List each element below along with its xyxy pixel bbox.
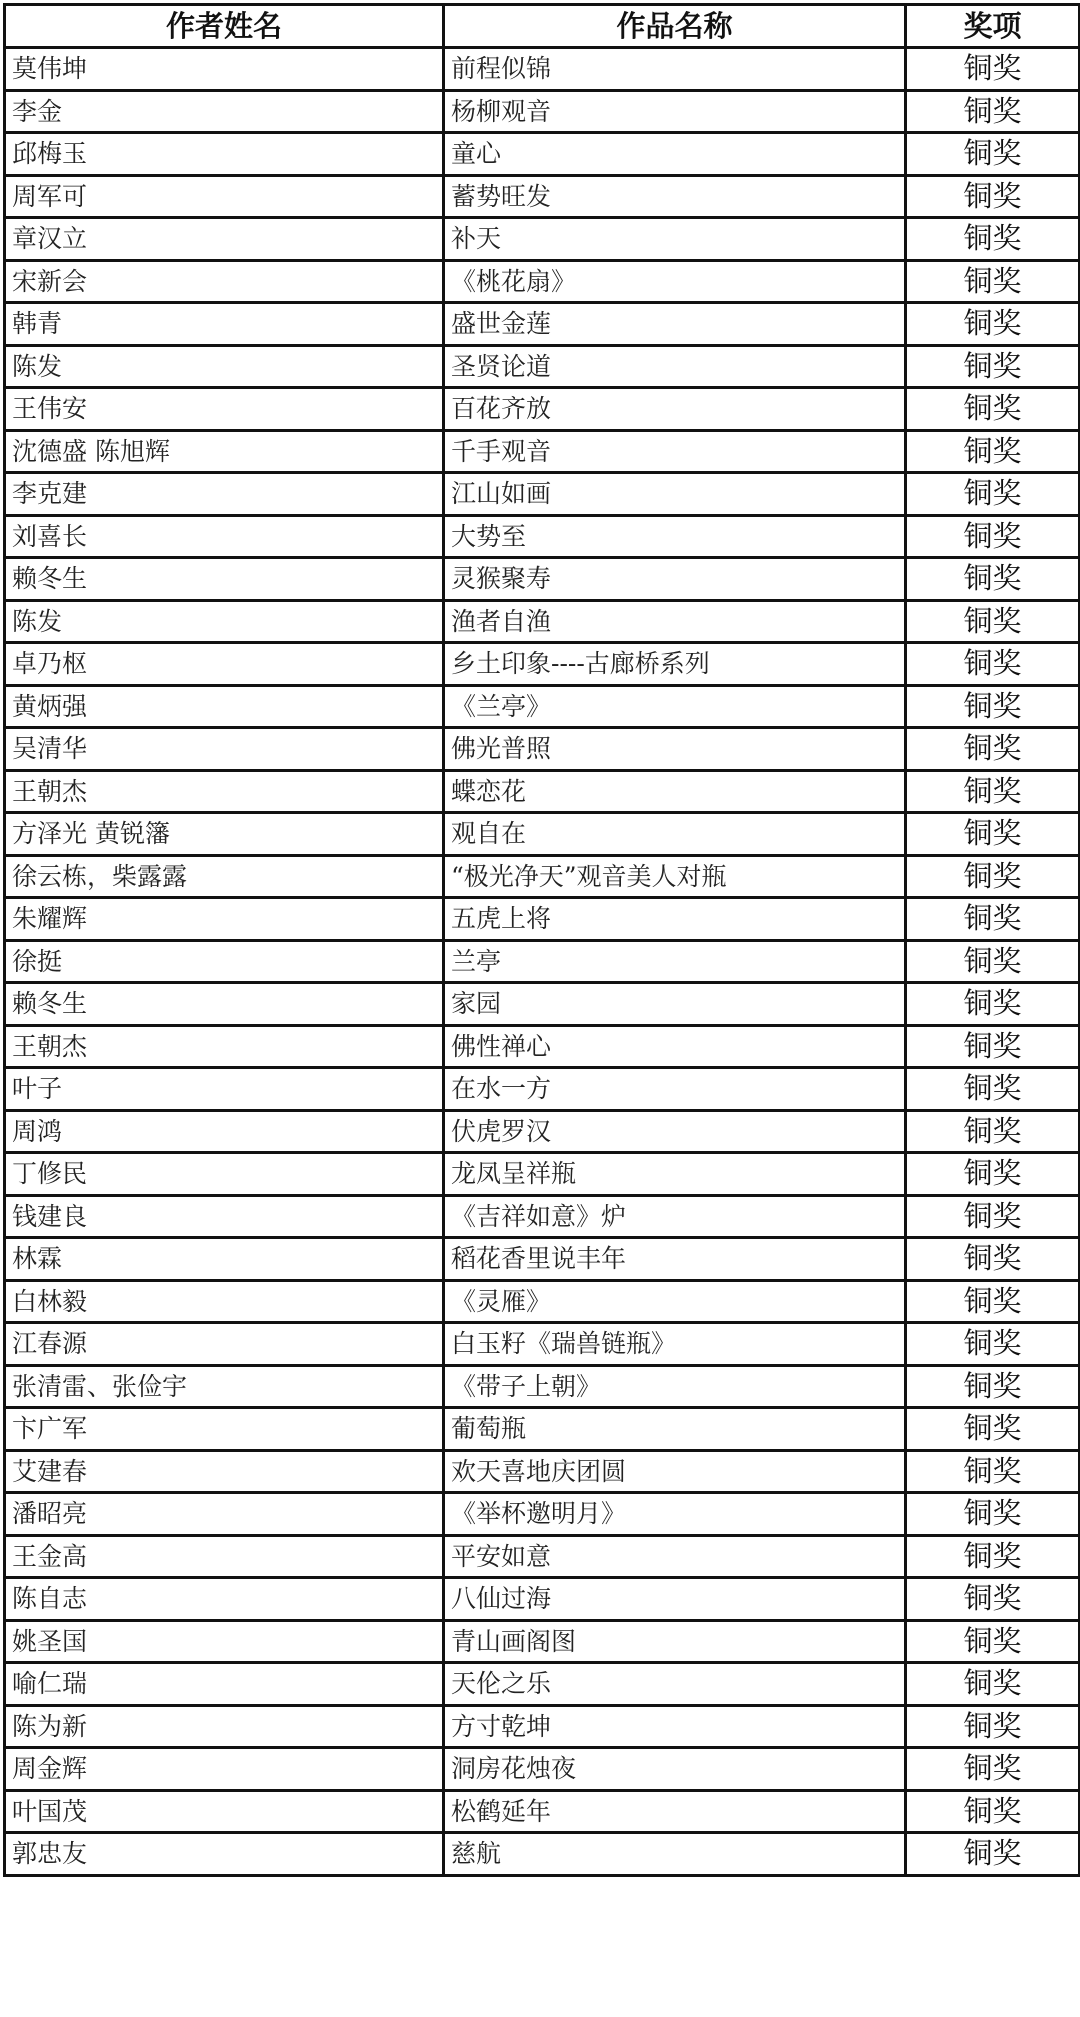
- award-cell: 铜奖: [906, 1748, 1080, 1791]
- award-cell: 铜奖: [906, 983, 1080, 1026]
- work-title-cell: 佛光普照: [444, 728, 906, 771]
- table-row: 白林毅《灵雁》铜奖: [5, 1280, 1080, 1323]
- table-row: 徐挺兰亭铜奖: [5, 940, 1080, 983]
- work-title-cell: 龙凤呈祥瓶: [444, 1153, 906, 1196]
- award-cell: 铜奖: [906, 303, 1080, 346]
- award-cell: 铜奖: [906, 175, 1080, 218]
- award-cell: 铜奖: [906, 1620, 1080, 1663]
- award-cell: 铜奖: [906, 1323, 1080, 1366]
- work-title-cell: 前程似锦: [444, 48, 906, 91]
- author-cell: 叶国茂: [5, 1790, 444, 1833]
- award-cell: 铜奖: [906, 1365, 1080, 1408]
- author-cell: 卞广军: [5, 1408, 444, 1451]
- award-cell: 铜奖: [906, 558, 1080, 601]
- work-title-cell: 蝶恋花: [444, 770, 906, 813]
- author-cell: 章汉立: [5, 218, 444, 261]
- author-cell: 韩青: [5, 303, 444, 346]
- work-title-cell: 盛世金莲: [444, 303, 906, 346]
- table-body: 莫伟坤前程似锦铜奖李金杨柳观音铜奖邱梅玉童心铜奖周军可蓄势旺发铜奖章汉立补天铜奖…: [5, 48, 1080, 1876]
- award-cell: 铜奖: [906, 1153, 1080, 1196]
- award-cell: 铜奖: [906, 1408, 1080, 1451]
- award-cell: 铜奖: [906, 1493, 1080, 1536]
- work-title-cell: 松鹤延年: [444, 1790, 906, 1833]
- award-cell: 铜奖: [906, 1238, 1080, 1281]
- table-row: 王金高平安如意铜奖: [5, 1535, 1080, 1578]
- author-cell: 莫伟坤: [5, 48, 444, 91]
- author-cell: 林霖: [5, 1238, 444, 1281]
- work-title-cell: 灵猴聚寿: [444, 558, 906, 601]
- work-title-cell: 青山画阁图: [444, 1620, 906, 1663]
- table-row: 钱建良《吉祥如意》炉铜奖: [5, 1195, 1080, 1238]
- award-cell: 铜奖: [906, 473, 1080, 516]
- table-row: 林霖稻花香里说丰年铜奖: [5, 1238, 1080, 1281]
- author-cell: 沈德盛 陈旭辉: [5, 430, 444, 473]
- table-row: 陈为新方寸乾坤铜奖: [5, 1705, 1080, 1748]
- column-header-author: 作者姓名: [5, 5, 444, 48]
- work-title-cell: 慈航: [444, 1833, 906, 1876]
- work-title-cell: 平安如意: [444, 1535, 906, 1578]
- author-cell: 王伟安: [5, 388, 444, 431]
- author-cell: 赖冬生: [5, 983, 444, 1026]
- table-row: 艾建春欢天喜地庆团圆铜奖: [5, 1450, 1080, 1493]
- table-row: 徐云栋，柴露露“极光净天”观音美人对瓶铜奖: [5, 855, 1080, 898]
- author-cell: 卓乃枢: [5, 643, 444, 686]
- table-row: 沈德盛 陈旭辉千手观音铜奖: [5, 430, 1080, 473]
- work-title-cell: 方寸乾坤: [444, 1705, 906, 1748]
- table-row: 陈发圣贤论道铜奖: [5, 345, 1080, 388]
- award-cell: 铜奖: [906, 1663, 1080, 1706]
- author-cell: 陈发: [5, 600, 444, 643]
- table-row: 韩青盛世金莲铜奖: [5, 303, 1080, 346]
- table-row: 刘喜长大势至铜奖: [5, 515, 1080, 558]
- award-cell: 铜奖: [906, 1705, 1080, 1748]
- column-header-work: 作品名称: [444, 5, 906, 48]
- table-row: 卞广军葡萄瓶铜奖: [5, 1408, 1080, 1451]
- table-row: 陈自志八仙过海铜奖: [5, 1578, 1080, 1621]
- author-cell: 朱耀辉: [5, 898, 444, 941]
- table-row: 陈发渔者自渔铜奖: [5, 600, 1080, 643]
- table-row: 卓乃枢乡土印象----古廊桥系列铜奖: [5, 643, 1080, 686]
- table-row: 吴清华佛光普照铜奖: [5, 728, 1080, 771]
- table-row: 周鸿伏虎罗汉铜奖: [5, 1110, 1080, 1153]
- author-cell: 郭忠友: [5, 1833, 444, 1876]
- author-cell: 喻仁瑞: [5, 1663, 444, 1706]
- work-title-cell: 童心: [444, 133, 906, 176]
- award-cell: 铜奖: [906, 898, 1080, 941]
- table-row: 黄炳强《兰亭》铜奖: [5, 685, 1080, 728]
- work-title-cell: 《兰亭》: [444, 685, 906, 728]
- author-cell: 赖冬生: [5, 558, 444, 601]
- table-row: 叶子在水一方铜奖: [5, 1068, 1080, 1111]
- table-row: 莫伟坤前程似锦铜奖: [5, 48, 1080, 91]
- author-cell: 艾建春: [5, 1450, 444, 1493]
- award-list-table: 作者姓名 作品名称 奖项 莫伟坤前程似锦铜奖李金杨柳观音铜奖邱梅玉童心铜奖周军可…: [3, 3, 1080, 1877]
- work-title-cell: 《灵雁》: [444, 1280, 906, 1323]
- author-cell: 刘喜长: [5, 515, 444, 558]
- work-title-cell: 白玉籽《瑞兽链瓶》: [444, 1323, 906, 1366]
- author-cell: 周军可: [5, 175, 444, 218]
- work-title-cell: 五虎上将: [444, 898, 906, 941]
- work-title-cell: 八仙过海: [444, 1578, 906, 1621]
- work-title-cell: 补天: [444, 218, 906, 261]
- author-cell: 陈自志: [5, 1578, 444, 1621]
- author-cell: 叶子: [5, 1068, 444, 1111]
- award-cell: 铜奖: [906, 1068, 1080, 1111]
- award-cell: 铜奖: [906, 260, 1080, 303]
- author-cell: 白林毅: [5, 1280, 444, 1323]
- author-cell: 王朝杰: [5, 1025, 444, 1068]
- work-title-cell: 欢天喜地庆团圆: [444, 1450, 906, 1493]
- award-cell: 铜奖: [906, 813, 1080, 856]
- column-header-award: 奖项: [906, 5, 1080, 48]
- table-row: 周金辉洞房花烛夜铜奖: [5, 1748, 1080, 1791]
- table-row: 喻仁瑞天伦之乐铜奖: [5, 1663, 1080, 1706]
- author-cell: 潘昭亮: [5, 1493, 444, 1536]
- work-title-cell: 大势至: [444, 515, 906, 558]
- author-cell: 黄炳强: [5, 685, 444, 728]
- table-row: 李克建江山如画铜奖: [5, 473, 1080, 516]
- table-row: 邱梅玉童心铜奖: [5, 133, 1080, 176]
- award-cell: 铜奖: [906, 1833, 1080, 1876]
- table-row: 江春源白玉籽《瑞兽链瓶》铜奖: [5, 1323, 1080, 1366]
- award-cell: 铜奖: [906, 133, 1080, 176]
- award-cell: 铜奖: [906, 1110, 1080, 1153]
- award-cell: 铜奖: [906, 90, 1080, 133]
- award-cell: 铜奖: [906, 430, 1080, 473]
- work-title-cell: 葡萄瓶: [444, 1408, 906, 1451]
- work-title-cell: 杨柳观音: [444, 90, 906, 133]
- table-row: 赖冬生家园铜奖: [5, 983, 1080, 1026]
- author-cell: 李金: [5, 90, 444, 133]
- table-row: 赖冬生灵猴聚寿铜奖: [5, 558, 1080, 601]
- work-title-cell: 渔者自渔: [444, 600, 906, 643]
- award-cell: 铜奖: [906, 770, 1080, 813]
- work-title-cell: 观自在: [444, 813, 906, 856]
- table-header: 作者姓名 作品名称 奖项: [5, 5, 1080, 48]
- work-title-cell: 洞房花烛夜: [444, 1748, 906, 1791]
- award-cell: 铜奖: [906, 48, 1080, 91]
- table-row: 潘昭亮《举杯邀明月》铜奖: [5, 1493, 1080, 1536]
- award-cell: 铜奖: [906, 643, 1080, 686]
- award-cell: 铜奖: [906, 1025, 1080, 1068]
- author-cell: 徐云栋，柴露露: [5, 855, 444, 898]
- table-row: 姚圣国青山画阁图铜奖: [5, 1620, 1080, 1663]
- table-row: 王朝杰蝶恋花铜奖: [5, 770, 1080, 813]
- award-cell: 铜奖: [906, 218, 1080, 261]
- author-cell: 周金辉: [5, 1748, 444, 1791]
- author-cell: 江春源: [5, 1323, 444, 1366]
- author-cell: 王朝杰: [5, 770, 444, 813]
- work-title-cell: 家园: [444, 983, 906, 1026]
- work-title-cell: 《吉祥如意》炉: [444, 1195, 906, 1238]
- work-title-cell: 乡土印象----古廊桥系列: [444, 643, 906, 686]
- work-title-cell: 《桃花扇》: [444, 260, 906, 303]
- table-row: 王伟安百花齐放铜奖: [5, 388, 1080, 431]
- award-cell: 铜奖: [906, 685, 1080, 728]
- author-cell: 王金高: [5, 1535, 444, 1578]
- author-cell: 吴清华: [5, 728, 444, 771]
- award-cell: 铜奖: [906, 388, 1080, 431]
- author-cell: 陈为新: [5, 1705, 444, 1748]
- award-cell: 铜奖: [906, 1790, 1080, 1833]
- work-title-cell: 兰亭: [444, 940, 906, 983]
- author-cell: 丁修民: [5, 1153, 444, 1196]
- award-cell: 铜奖: [906, 940, 1080, 983]
- award-cell: 铜奖: [906, 1535, 1080, 1578]
- table-row: 方泽光 黄锐籓观自在铜奖: [5, 813, 1080, 856]
- work-title-cell: 《举杯邀明月》: [444, 1493, 906, 1536]
- work-title-cell: 在水一方: [444, 1068, 906, 1111]
- award-cell: 铜奖: [906, 345, 1080, 388]
- award-cell: 铜奖: [906, 855, 1080, 898]
- work-title-cell: 蓄势旺发: [444, 175, 906, 218]
- award-cell: 铜奖: [906, 1450, 1080, 1493]
- author-cell: 钱建良: [5, 1195, 444, 1238]
- table-row: 王朝杰佛性禅心铜奖: [5, 1025, 1080, 1068]
- work-title-cell: 圣贤论道: [444, 345, 906, 388]
- table-row: 宋新会《桃花扇》铜奖: [5, 260, 1080, 303]
- work-title-cell: 江山如画: [444, 473, 906, 516]
- work-title-cell: 千手观音: [444, 430, 906, 473]
- table-row: 叶国茂松鹤延年铜奖: [5, 1790, 1080, 1833]
- work-title-cell: 佛性禅心: [444, 1025, 906, 1068]
- author-cell: 宋新会: [5, 260, 444, 303]
- author-cell: 姚圣国: [5, 1620, 444, 1663]
- work-title-cell: 伏虎罗汉: [444, 1110, 906, 1153]
- work-title-cell: “极光净天”观音美人对瓶: [444, 855, 906, 898]
- author-cell: 李克建: [5, 473, 444, 516]
- author-cell: 徐挺: [5, 940, 444, 983]
- award-cell: 铜奖: [906, 515, 1080, 558]
- award-cell: 铜奖: [906, 1280, 1080, 1323]
- award-cell: 铜奖: [906, 728, 1080, 771]
- author-cell: 陈发: [5, 345, 444, 388]
- award-cell: 铜奖: [906, 1195, 1080, 1238]
- table-row: 郭忠友慈航铜奖: [5, 1833, 1080, 1876]
- work-title-cell: 《带子上朝》: [444, 1365, 906, 1408]
- table-row: 章汉立补天铜奖: [5, 218, 1080, 261]
- table-row: 李金杨柳观音铜奖: [5, 90, 1080, 133]
- table-row: 张清雷、张俭宇《带子上朝》铜奖: [5, 1365, 1080, 1408]
- award-cell: 铜奖: [906, 1578, 1080, 1621]
- author-cell: 周鸿: [5, 1110, 444, 1153]
- author-cell: 邱梅玉: [5, 133, 444, 176]
- author-cell: 方泽光 黄锐籓: [5, 813, 444, 856]
- table-row: 朱耀辉五虎上将铜奖: [5, 898, 1080, 941]
- work-title-cell: 天伦之乐: [444, 1663, 906, 1706]
- award-cell: 铜奖: [906, 600, 1080, 643]
- work-title-cell: 百花齐放: [444, 388, 906, 431]
- table-row: 丁修民龙凤呈祥瓶铜奖: [5, 1153, 1080, 1196]
- table-row: 周军可蓄势旺发铜奖: [5, 175, 1080, 218]
- author-cell: 张清雷、张俭宇: [5, 1365, 444, 1408]
- header-row: 作者姓名 作品名称 奖项: [5, 5, 1080, 48]
- work-title-cell: 稻花香里说丰年: [444, 1238, 906, 1281]
